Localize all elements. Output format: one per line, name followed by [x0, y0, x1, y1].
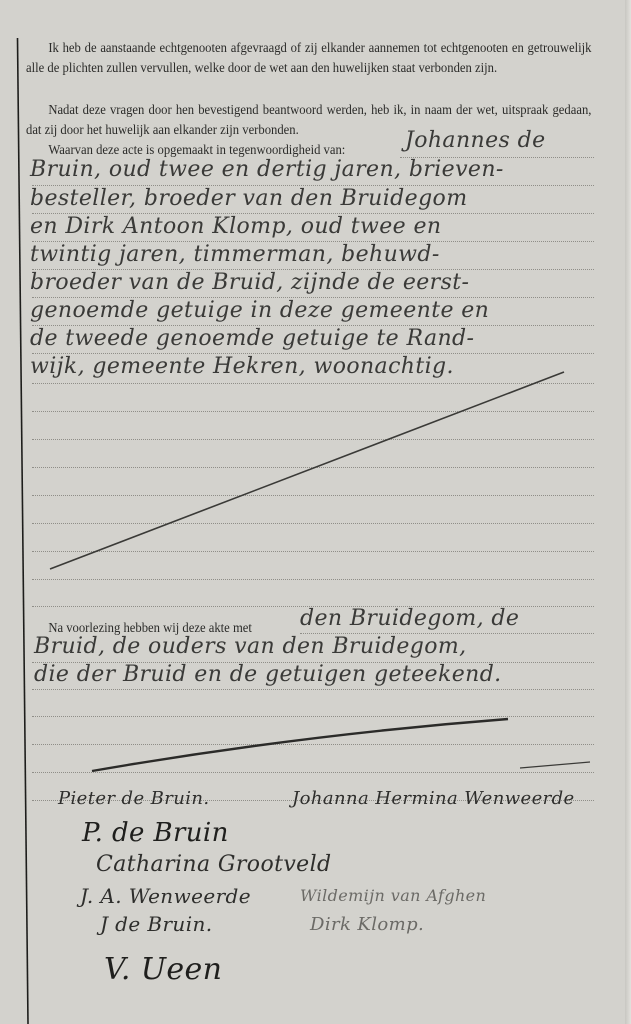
signature-wildemijn-van-afghen: Wildemijn van Afghen: [300, 886, 486, 905]
para-vows-text: Ik heb de aanstaande echtgenooten afgevr…: [26, 38, 591, 78]
handwritten-witness-line: Johannes de: [405, 128, 546, 153]
handwritten-witness-line: en Dirk Antoon Klomp, oud twee en: [30, 214, 441, 239]
dotted-rule: [32, 551, 594, 552]
document-page: Ik heb de aanstaande echtgenooten afgevr…: [0, 0, 631, 1024]
dotted-rule: [32, 439, 594, 440]
dotted-rule: [32, 495, 594, 496]
dotted-rule: [32, 579, 594, 580]
dotted-rule: [32, 523, 594, 524]
signature-dirk-klomp: Dirk Klomp.: [310, 914, 424, 935]
printed-paragraph-vows: Ik heb de aanstaande echtgenooten afgevr…: [26, 38, 591, 78]
handwritten-signers-line: die der Bruid en de getuigen geteekend.: [34, 662, 502, 687]
page-right-edge: [625, 0, 631, 1024]
signature-registrar: V. Ueen: [104, 952, 222, 987]
dotted-rule: [32, 716, 594, 717]
handwritten-witness-line: wijk, gemeente Hekren, woonachtig.: [30, 354, 454, 379]
handwritten-signers-line: den Bruidegom, de: [300, 606, 519, 631]
signature-p-de-bruin: P. de Bruin: [82, 818, 229, 848]
dotted-rule: [32, 467, 594, 468]
signature-j-a-wenweerde: J. A. Wenweerde: [80, 884, 251, 908]
dotted-rule: [32, 383, 594, 384]
signature-catharina-grootveld: Catharina Grootveld: [96, 852, 332, 877]
handwritten-witness-line: broeder van de Bruid, zijnde de eerst-: [30, 270, 469, 295]
handwritten-signers-line: Bruid, de ouders van den Bruidegom,: [34, 634, 467, 659]
dotted-rule: [32, 772, 594, 773]
handwritten-witness-line: genoemde getuige in deze gemeente en: [30, 298, 489, 323]
signature-johanna-hermina-wenweerde: Johanna Hermina Wenweerde: [292, 788, 575, 809]
handwritten-witness-line: de tweede genoemde getuige te Rand-: [30, 326, 474, 351]
signature-pieter-de-bruin: Pieter de Bruin.: [58, 788, 210, 809]
handwritten-witness-line: Bruin, oud twee en dertig jaren, brieven…: [30, 157, 504, 182]
handwritten-witness-line: besteller, broeder van den Bruidegom: [30, 186, 467, 211]
signature-j-de-bruin: J de Bruin.: [100, 912, 213, 936]
handwritten-witness-line: twintig jaren, timmerman, behuwd-: [30, 242, 440, 267]
dotted-rule: [32, 411, 594, 412]
dotted-rule: [32, 689, 594, 690]
dotted-rule: [32, 744, 594, 745]
